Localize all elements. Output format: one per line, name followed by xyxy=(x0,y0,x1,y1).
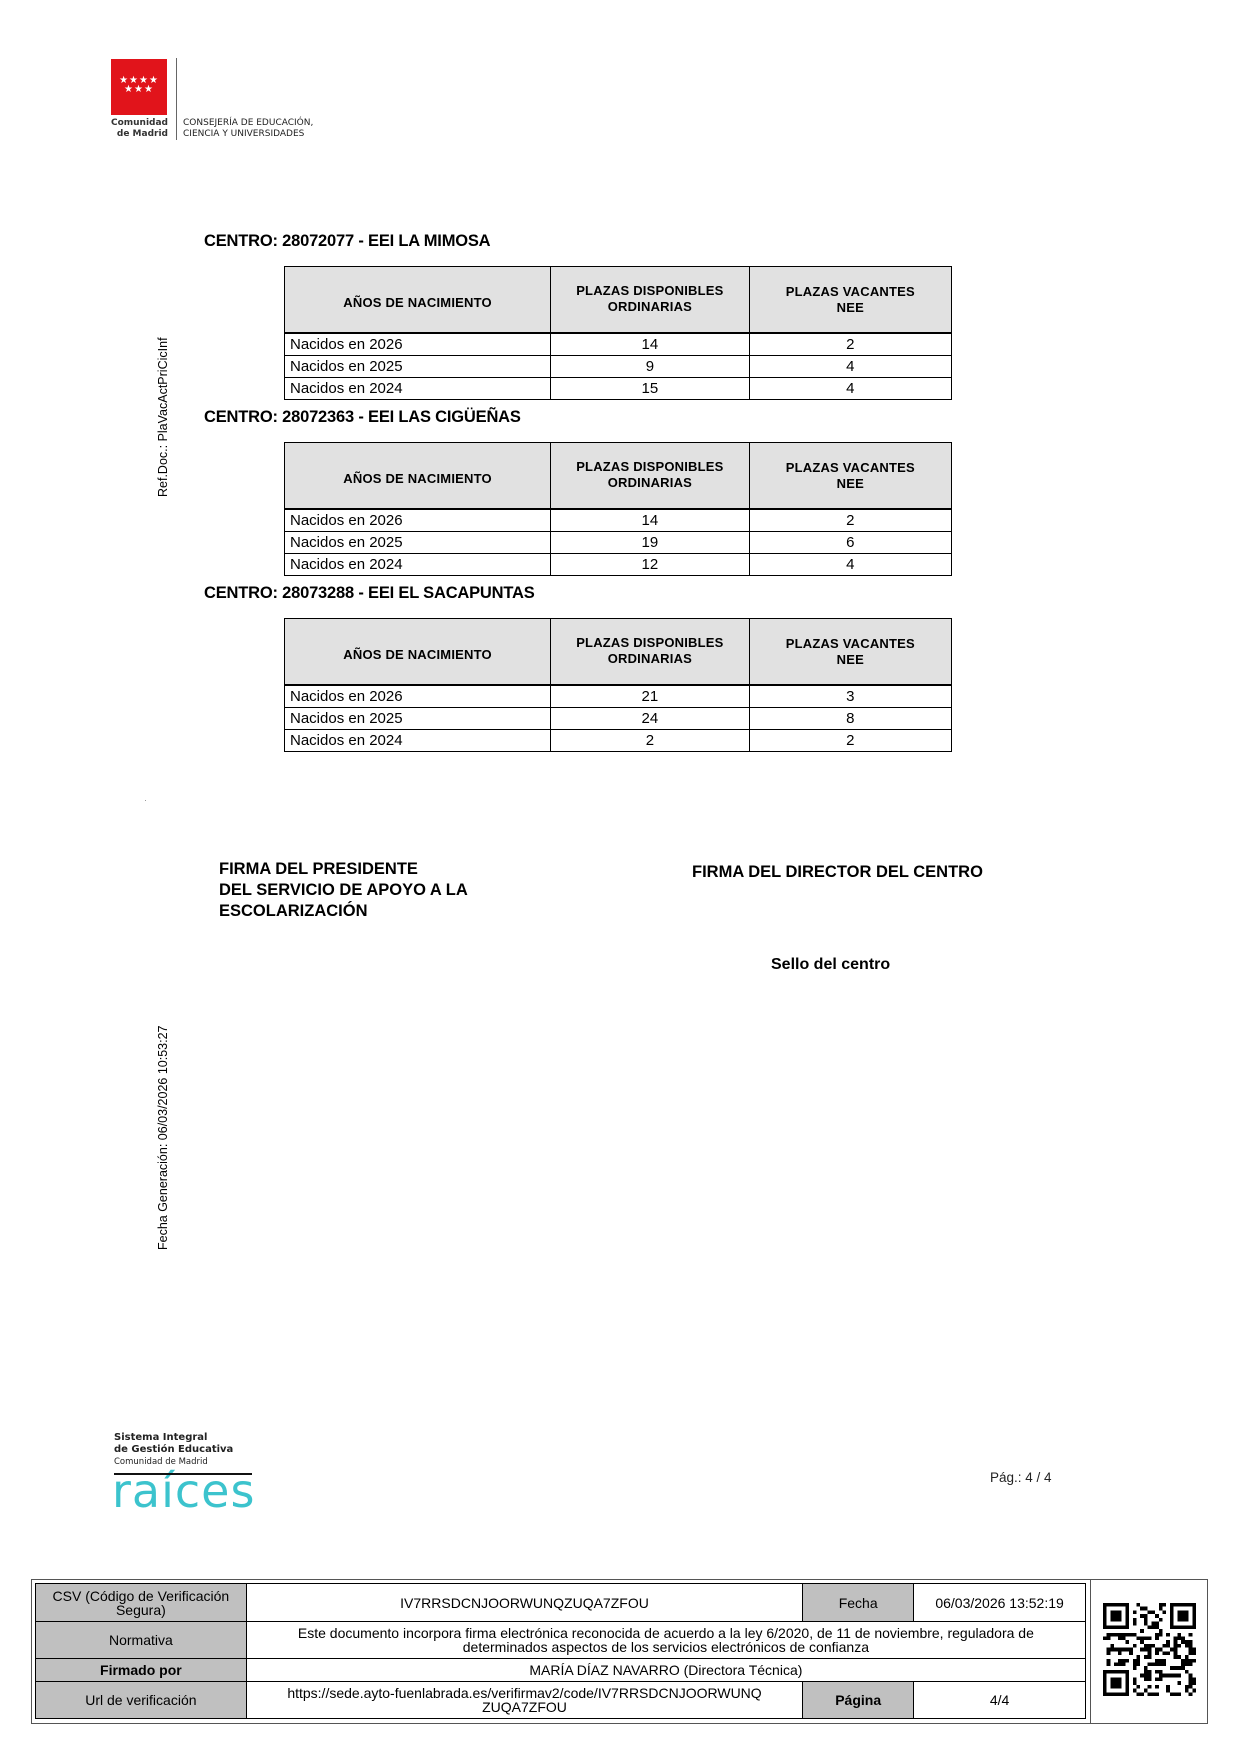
table-row: Nacidos en 202422 xyxy=(285,730,952,752)
birth-year-cell: Nacidos en 2025 xyxy=(285,356,551,378)
url-value[interactable]: https://sede.ayto-fuenlabrada.es/verifir… xyxy=(246,1682,802,1719)
plazas-table: AÑOS DE NACIMIENTOPLAZAS DISPONIBLESORDI… xyxy=(284,618,952,752)
birth-year-cell: Nacidos en 2025 xyxy=(285,532,551,554)
header-col1-text: AÑOS DE NACIMIENTO xyxy=(343,471,492,486)
header-anos-nacimiento: AÑOS DE NACIMIENTO xyxy=(285,619,551,686)
page-indicator: Pág.: 4 / 4 xyxy=(990,1470,1052,1485)
birth-year-cell: Nacidos en 2026 xyxy=(285,509,551,532)
header-plazas-nee: PLAZAS VACANTESNEE xyxy=(749,267,951,334)
pagina-label: Página xyxy=(803,1682,914,1719)
header-col3-line1: PLAZAS VACANTES xyxy=(786,284,915,299)
centro-title: CENTRO: 28073288 - EEI EL SACAPUNTAS xyxy=(204,584,535,603)
table-row: Nacidos en 2024154 xyxy=(285,378,952,400)
header-col1-text: AÑOS DE NACIMIENTO xyxy=(343,295,492,310)
nee-cell: 6 xyxy=(749,532,951,554)
header-plazas-ordinarias: PLAZAS DISPONIBLESORDINARIAS xyxy=(551,619,749,686)
ordinarias-cell: 15 xyxy=(551,378,749,400)
nee-cell: 2 xyxy=(749,333,951,356)
qr-code-icon xyxy=(1103,1603,1196,1696)
nee-cell: 4 xyxy=(749,554,951,576)
table-row: Nacidos en 2026142 xyxy=(285,509,952,532)
centro-title: CENTRO: 28072077 - EEI LA MIMOSA xyxy=(204,232,490,251)
org-name-line1: Comunidad xyxy=(108,118,168,129)
nee-cell: 4 xyxy=(749,378,951,400)
department-name: CONSEJERÍA DE EDUCACIÓN, CIENCIA Y UNIVE… xyxy=(183,118,313,140)
header-plazas-nee: PLAZAS VACANTESNEE xyxy=(749,619,951,686)
birth-year-cell: Nacidos en 2024 xyxy=(285,730,551,752)
header-col3-line1: PLAZAS VACANTES xyxy=(786,460,915,475)
normativa-value: Este documento incorpora firma electróni… xyxy=(246,1622,1085,1659)
header-col3-line2: NEE xyxy=(837,652,864,667)
table-row: Nacidos en 2025196 xyxy=(285,532,952,554)
table-row: Nacidos en 2026142 xyxy=(285,333,952,356)
logo-divider xyxy=(176,58,177,140)
sello-centro: Sello del centro xyxy=(771,954,890,975)
nee-cell: 3 xyxy=(749,685,951,708)
signature-presidente-line1: FIRMA DEL PRESIDENTE xyxy=(219,859,468,880)
header-col2-line1: PLAZAS DISPONIBLES xyxy=(576,283,723,298)
header-col3-line1: PLAZAS VACANTES xyxy=(786,636,915,651)
verification-row-csv: CSV (Código de Verificación Segura) IV7R… xyxy=(36,1584,1086,1622)
ordinarias-cell: 21 xyxy=(551,685,749,708)
raices-caption-line1: Sistema Integral xyxy=(114,1432,233,1444)
raices-caption-line2: de Gestión Educativa xyxy=(114,1444,233,1456)
header-col2-line1: PLAZAS DISPONIBLES xyxy=(576,635,723,650)
madrid-logo: ★★★★★★★ xyxy=(111,59,167,115)
header-plazas-nee: PLAZAS VACANTESNEE xyxy=(749,443,951,510)
header-col2-line2: ORDINARIAS xyxy=(608,299,692,314)
plazas-table-header: AÑOS DE NACIMIENTOPLAZAS DISPONIBLESORDI… xyxy=(285,619,952,686)
header-col2-line2: ORDINARIAS xyxy=(608,475,692,490)
department-line2: CIENCIA Y UNIVERSIDADES xyxy=(183,129,313,140)
csv-value: IV7RRSDCNJOORWUNQZUQA7ZFOU xyxy=(246,1584,802,1622)
header-col1-text: AÑOS DE NACIMIENTO xyxy=(343,647,492,662)
header-col2-line1: PLAZAS DISPONIBLES xyxy=(576,459,723,474)
ordinarias-cell: 9 xyxy=(551,356,749,378)
header-col3-line2: NEE xyxy=(837,476,864,491)
ordinarias-cell: 24 xyxy=(551,708,749,730)
signature-presidente-line3: ESCOLARIZACIÓN xyxy=(219,901,468,922)
firmado-value: MARÍA DÍAZ NAVARRO (Directora Técnica) xyxy=(246,1659,1085,1682)
plazas-table-header: AÑOS DE NACIMIENTOPLAZAS DISPONIBLESORDI… xyxy=(285,443,952,510)
normativa-label: Normativa xyxy=(36,1622,247,1659)
fecha-label: Fecha xyxy=(803,1584,914,1622)
birth-year-cell: Nacidos en 2026 xyxy=(285,685,551,708)
centro-title: CENTRO: 28072363 - EEI LAS CIGÜEÑAS xyxy=(204,408,521,427)
nee-cell: 2 xyxy=(749,730,951,752)
verification-row-url: Url de verificación https://sede.ayto-fu… xyxy=(36,1682,1086,1719)
org-name: Comunidad de Madrid xyxy=(108,118,168,140)
csv-label: CSV (Código de Verificación Segura) xyxy=(36,1584,247,1622)
raices-logo-rule xyxy=(114,1473,252,1475)
nee-cell: 2 xyxy=(749,509,951,532)
birth-year-cell: Nacidos en 2026 xyxy=(285,333,551,356)
org-name-line2: de Madrid xyxy=(108,129,168,140)
header-col2-line2: ORDINARIAS xyxy=(608,651,692,666)
plazas-table: AÑOS DE NACIMIENTOPLAZAS DISPONIBLESORDI… xyxy=(284,266,952,400)
signature-director: FIRMA DEL DIRECTOR DEL CENTRO xyxy=(692,862,983,883)
table-row: Nacidos en 2025248 xyxy=(285,708,952,730)
header-plazas-ordinarias: PLAZAS DISPONIBLESORDINARIAS xyxy=(551,443,749,510)
url-label: Url de verificación xyxy=(36,1682,247,1719)
header-plazas-ordinarias: PLAZAS DISPONIBLESORDINARIAS xyxy=(551,267,749,334)
department-line1: CONSEJERÍA DE EDUCACIÓN, xyxy=(183,118,313,129)
verification-table: CSV (Código de Verificación Segura) IV7R… xyxy=(35,1583,1086,1719)
generation-date-label: Fecha Generación: 06/03/2026 10:53:27 xyxy=(156,1026,170,1250)
ordinarias-cell: 14 xyxy=(551,509,749,532)
ordinarias-cell: 2 xyxy=(551,730,749,752)
verification-qr-divider xyxy=(1090,1579,1091,1724)
firmado-label: Firmado por xyxy=(36,1659,247,1682)
nee-cell: 4 xyxy=(749,356,951,378)
verification-row-firmado: Firmado por MARÍA DÍAZ NAVARRO (Director… xyxy=(36,1659,1086,1682)
nee-cell: 8 xyxy=(749,708,951,730)
ref-doc-label: Ref.Doc.: PlaVacActPriCicInf xyxy=(156,337,170,497)
header-anos-nacimiento: AÑOS DE NACIMIENTO xyxy=(285,267,551,334)
ordinarias-cell: 14 xyxy=(551,333,749,356)
plazas-table-header: AÑOS DE NACIMIENTOPLAZAS DISPONIBLESORDI… xyxy=(285,267,952,334)
birth-year-cell: Nacidos en 2025 xyxy=(285,708,551,730)
table-row: Nacidos en 2026213 xyxy=(285,685,952,708)
raices-logo-caption: Sistema Integral de Gestión Educativa Co… xyxy=(114,1432,233,1468)
birth-year-cell: Nacidos en 2024 xyxy=(285,378,551,400)
fecha-value: 06/03/2026 13:52:19 xyxy=(914,1584,1086,1622)
stray-dot xyxy=(145,800,146,801)
signature-presidente: FIRMA DEL PRESIDENTE DEL SERVICIO DE APO… xyxy=(219,859,468,922)
verification-row-normativa: Normativa Este documento incorpora firma… xyxy=(36,1622,1086,1659)
madrid-stars-flag-icon: ★★★★★★★ xyxy=(111,76,167,94)
ordinarias-cell: 19 xyxy=(551,532,749,554)
signature-presidente-line2: DEL SERVICIO DE APOYO A LA xyxy=(219,880,468,901)
birth-year-cell: Nacidos en 2024 xyxy=(285,554,551,576)
header-col3-line2: NEE xyxy=(837,300,864,315)
header-anos-nacimiento: AÑOS DE NACIMIENTO xyxy=(285,443,551,510)
plazas-table: AÑOS DE NACIMIENTOPLAZAS DISPONIBLESORDI… xyxy=(284,442,952,576)
table-row: Nacidos en 2024124 xyxy=(285,554,952,576)
table-row: Nacidos en 202594 xyxy=(285,356,952,378)
pagina-value: 4/4 xyxy=(914,1682,1086,1719)
ordinarias-cell: 12 xyxy=(551,554,749,576)
